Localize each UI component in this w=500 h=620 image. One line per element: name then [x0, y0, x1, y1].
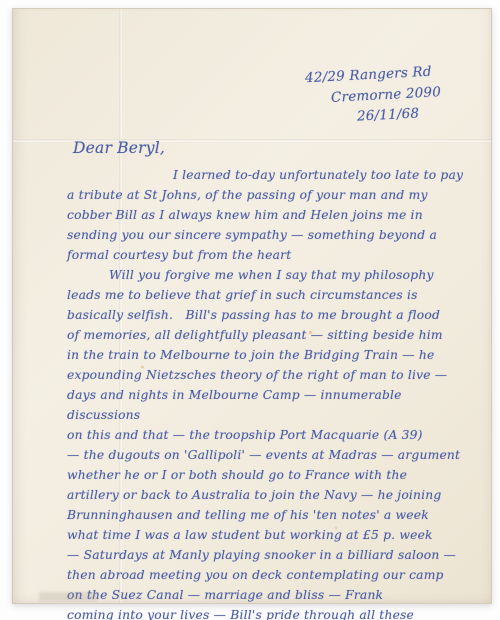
salutation: Dear Beryl, [73, 139, 165, 157]
letter-line: Brunninghausen and telling me of his 'te… [67, 505, 475, 525]
letter-page: 42/29 Rangers Rd Cremorne 2090 26/11/68 … [12, 8, 492, 604]
letter-line: formal courtesy but from the heart [67, 245, 475, 265]
letter-line: in the train to Melbourne to join the Br… [67, 345, 475, 365]
address-line: Cremorne 2090 [331, 84, 442, 106]
letter-line: leads me to believe that grief in such c… [67, 285, 475, 305]
letter-body: I learned to-day unfortunately too late … [67, 165, 475, 620]
letter-date: 26/11/68 [357, 105, 420, 124]
letter-line: sending you our sincere sympathy — somet… [67, 225, 475, 245]
letter-line: of memories, all delightfully pleasant —… [67, 325, 475, 345]
letter-line: then abroad meeting you on deck contempl… [67, 565, 475, 585]
letter-line: on this and that — the troopship Port Ma… [67, 425, 475, 445]
foxing-spot [141, 366, 144, 368]
letter-line: days and nights in Melbourne Camp — innu… [67, 385, 475, 425]
letter-line: what time I was a law student but workin… [67, 525, 475, 545]
letter-line: whether he or I or both should go to Fra… [67, 465, 475, 485]
letter-line: a tribute at St Johns, of the passing of… [67, 185, 475, 205]
letter-line: — the dugouts on 'Gallipoli' — events at… [67, 445, 475, 465]
address-line: 42/29 Rangers Rd [305, 64, 432, 87]
faint-stamp [39, 592, 97, 601]
letter-line: expounding Nietzsches theory of the righ… [67, 365, 475, 385]
letter-line: on the Suez Canal — marriage and bliss —… [67, 585, 475, 605]
letter-line: Will you forgive me when I say that my p… [67, 265, 475, 285]
letter-line: I learned to-day unfortunately too late … [67, 165, 475, 185]
foxing-spot [335, 527, 337, 529]
foxing-spot [309, 331, 312, 334]
letter-line: coming into your lives — Bill's pride th… [67, 605, 475, 620]
letter-line: basically selfish. Bill's passing has to… [67, 305, 475, 325]
letter-line: cobber Bill as I always knew him and Hel… [67, 205, 475, 225]
scanned-letter-background: 42/29 Rangers Rd Cremorne 2090 26/11/68 … [0, 0, 500, 620]
letter-line: — Saturdays at Manly playing snooker in … [67, 545, 475, 565]
letter-line: artillery or back to Australia to join t… [67, 485, 475, 505]
